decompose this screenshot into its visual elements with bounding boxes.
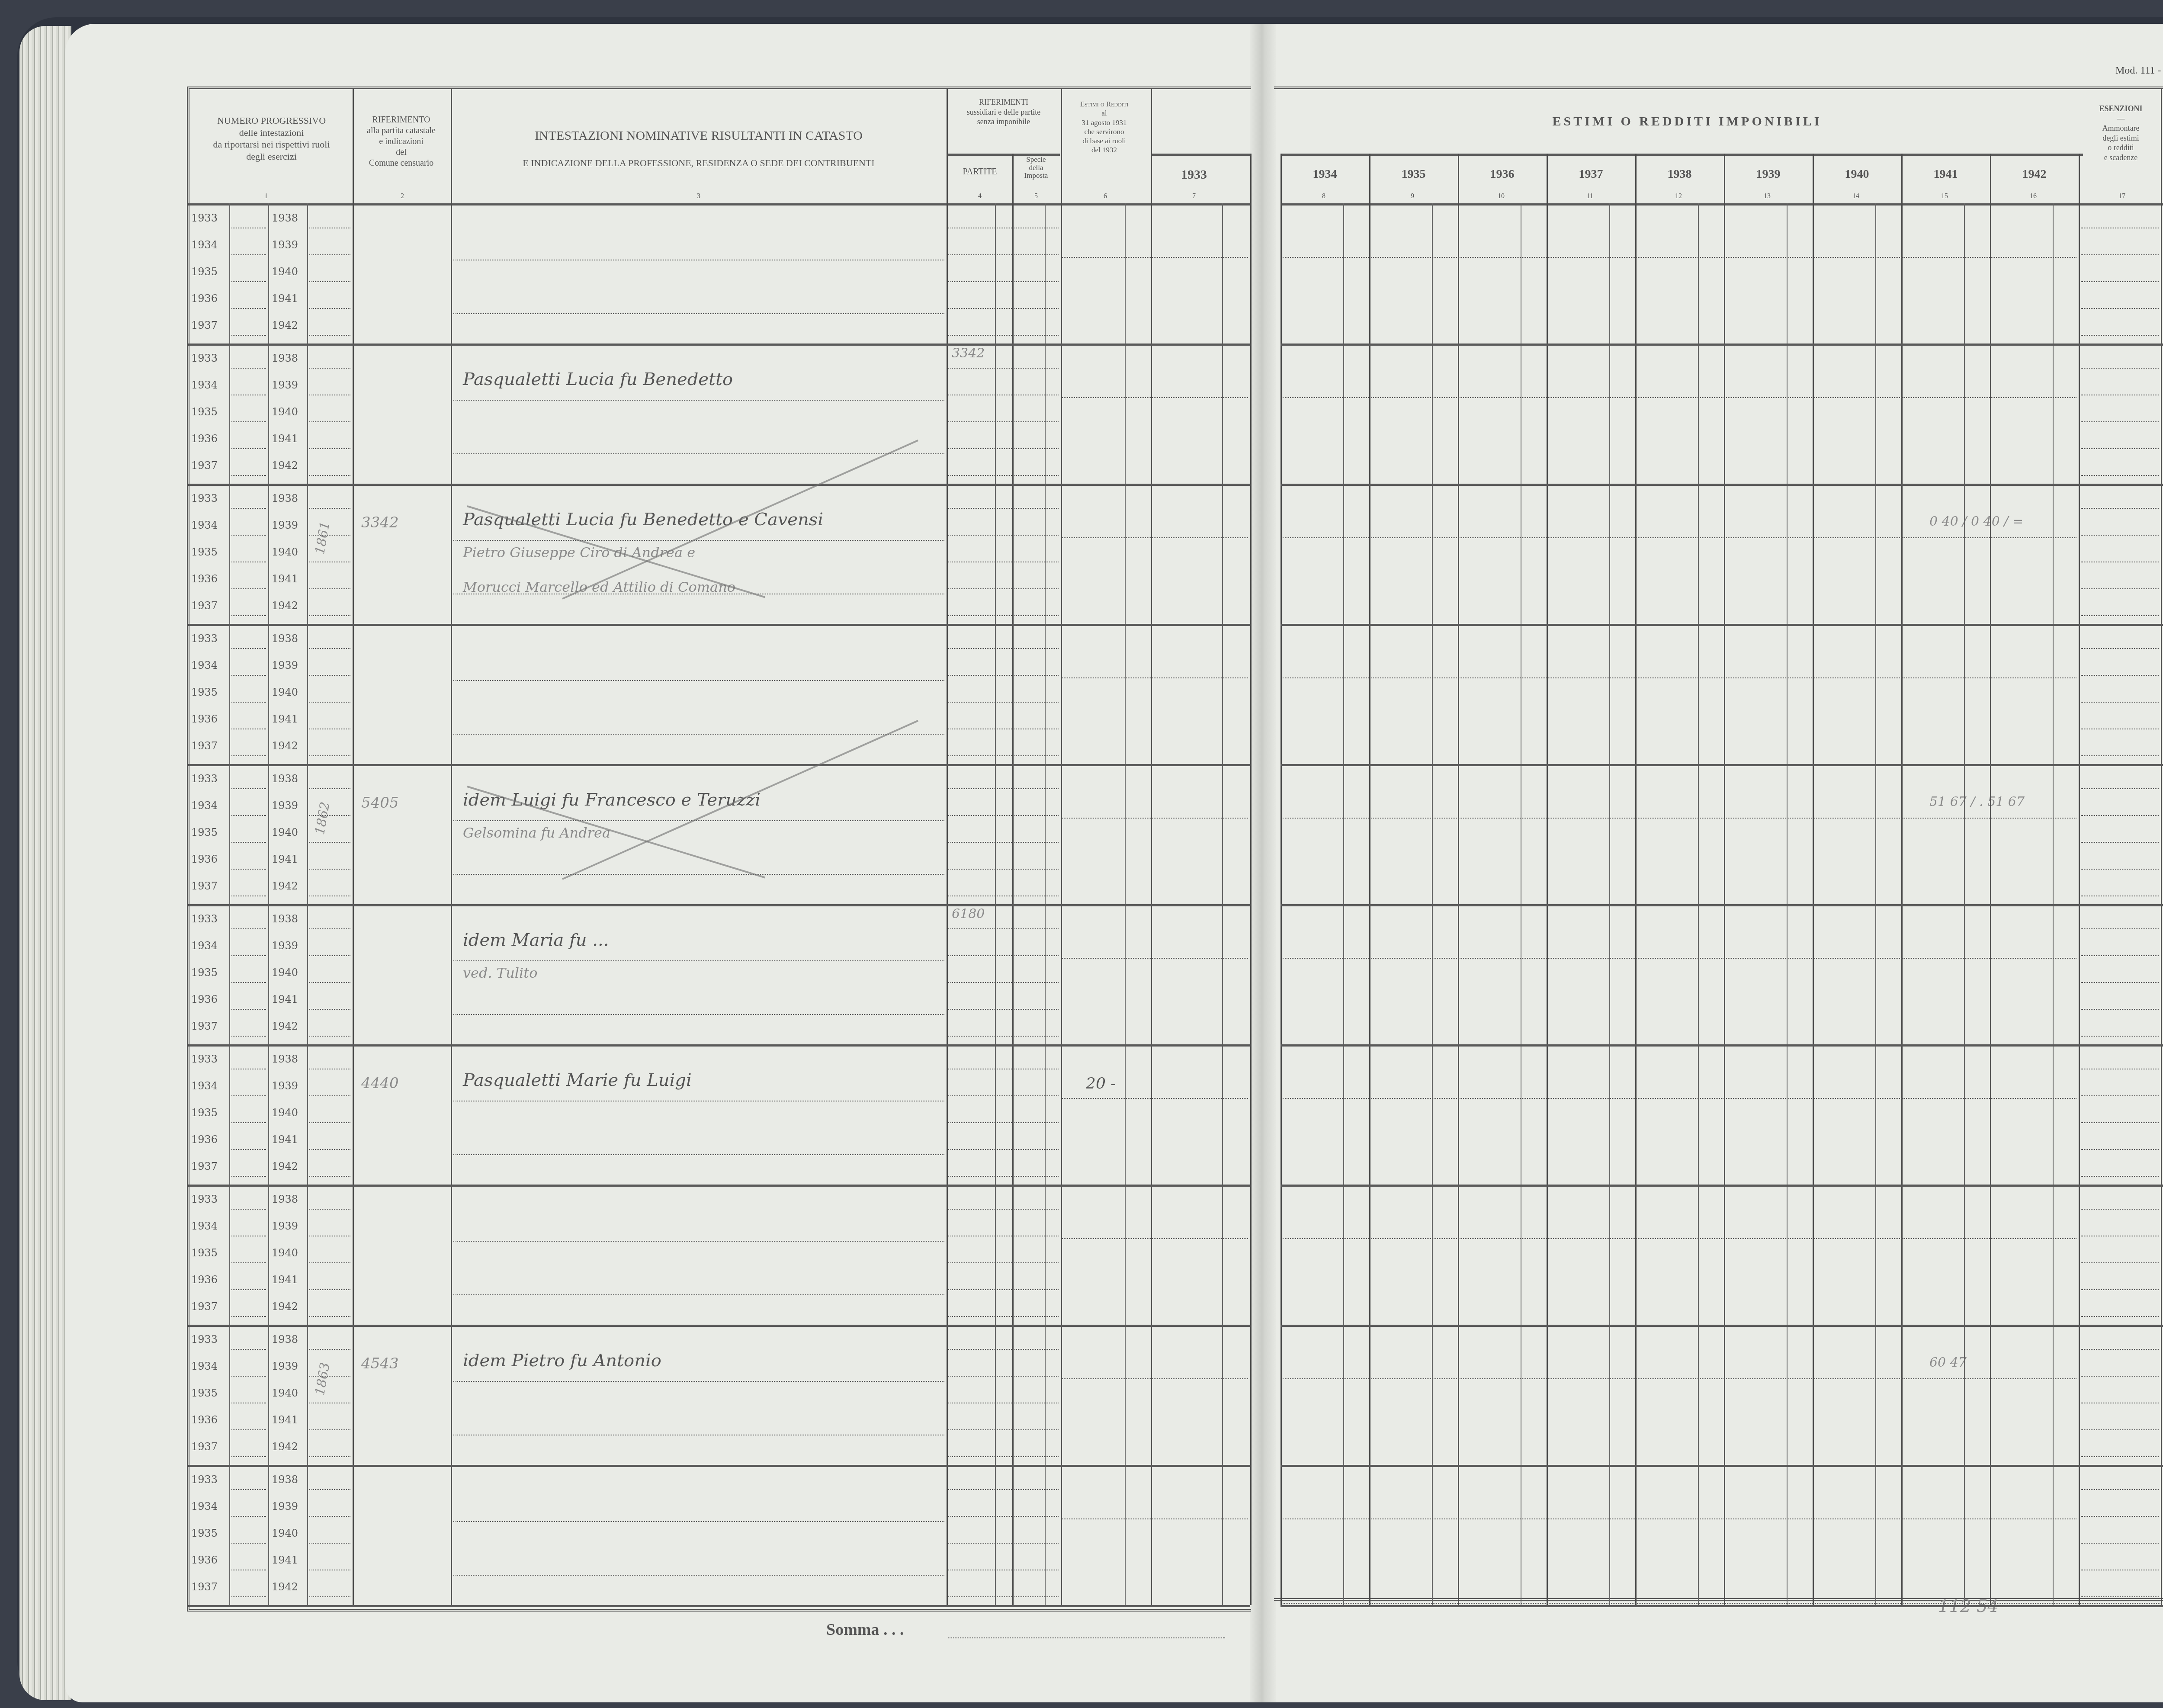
dotted-rule xyxy=(948,1316,1059,1317)
dotted-rule xyxy=(1062,1519,1248,1519)
col-num-14: 14 xyxy=(1849,193,1862,200)
dotted-rule xyxy=(948,1489,1059,1490)
record-divider xyxy=(1280,624,2163,626)
header-year-1941: 1941 xyxy=(1901,167,1990,182)
year-label: 1935 xyxy=(191,546,218,558)
dotted-rule xyxy=(1062,677,1248,678)
dotted-rule xyxy=(948,1429,1059,1430)
record-divider xyxy=(188,1465,1250,1467)
year-label: 1934 xyxy=(191,940,218,952)
dotted-rule xyxy=(231,1596,266,1597)
dotted-rule xyxy=(309,1009,350,1010)
column-rule xyxy=(1061,89,1062,1605)
dotted-rule xyxy=(231,869,266,870)
year-label: 1939 xyxy=(272,1080,298,1092)
dotted-rule xyxy=(453,1154,944,1155)
dotted-rule xyxy=(1062,1378,1248,1379)
dotted-rule xyxy=(948,1095,1059,1096)
year-label: 1942 xyxy=(272,1160,298,1172)
record-divider xyxy=(188,484,1250,486)
dotted-rule xyxy=(231,1349,266,1350)
dotted-rule xyxy=(948,335,1059,336)
dotted-rule xyxy=(309,842,350,843)
dotted-rule xyxy=(948,675,1059,676)
dotted-rule xyxy=(948,755,1059,756)
dotted-rule xyxy=(453,874,944,875)
dotted-rule xyxy=(453,594,944,594)
dotted-rule xyxy=(948,475,1059,476)
dotted-rule xyxy=(309,869,350,870)
dotted-rule xyxy=(1283,537,2076,538)
column-rule xyxy=(353,89,354,1605)
col-num-17: 17 xyxy=(2115,193,2128,200)
dotted-rule xyxy=(309,1149,350,1150)
column-rule xyxy=(1151,89,1152,1605)
year-label: 1934 xyxy=(191,519,218,531)
estimo-1941-value: 0 40 / 0 40 / = xyxy=(1929,514,2023,529)
dotted-rule xyxy=(231,1489,266,1490)
header-col1: NUMERO PROGRESSIVO delle intestazioni da… xyxy=(190,115,353,162)
year-label: 1941 xyxy=(272,1414,298,1426)
dotted-rule xyxy=(309,1376,350,1377)
dotted-rule xyxy=(2081,562,2159,562)
year-label: 1940 xyxy=(272,826,298,838)
dotted-rule xyxy=(948,448,1059,449)
dotted-rule xyxy=(2081,1376,2159,1377)
record-divider xyxy=(1280,1325,2163,1327)
dotted-rule xyxy=(309,648,350,649)
dotted-rule xyxy=(948,228,1059,228)
dotted-rule xyxy=(2081,1596,2159,1597)
year-label: 1935 xyxy=(191,1107,218,1119)
dotted-rule xyxy=(1283,397,2076,398)
dotted-rule xyxy=(309,475,350,476)
intestazione-line: idem Luigi fu Francesco e Teruzzi xyxy=(463,790,761,810)
year-label: 1939 xyxy=(272,379,298,391)
estimi-years-divider xyxy=(1280,154,2083,156)
dotted-rule xyxy=(2081,335,2159,336)
header-year-1942: 1942 xyxy=(1990,167,2079,182)
year-label: 1941 xyxy=(272,1133,298,1146)
dotted-rule xyxy=(309,1543,350,1544)
column-rule xyxy=(2161,89,2162,1605)
header-year-1940: 1940 xyxy=(1813,167,1901,182)
col-num-1: 1 xyxy=(260,193,273,200)
dotted-rule xyxy=(309,615,350,616)
dotted-rule xyxy=(231,648,266,649)
year-label: 1935 xyxy=(191,686,218,698)
dotted-rule xyxy=(231,1316,266,1317)
partite-number: 6180 xyxy=(952,906,985,921)
year-label: 1933 xyxy=(191,1474,218,1486)
year-label: 1934 xyxy=(191,799,218,812)
dotted-rule xyxy=(2081,648,2159,649)
dotted-rule xyxy=(2081,535,2159,536)
year-label: 1934 xyxy=(191,1500,218,1512)
dotted-rule xyxy=(2081,788,2159,789)
year-label: 1938 xyxy=(272,632,298,645)
dotted-rule xyxy=(2081,955,2159,956)
dotted-rule xyxy=(948,1570,1059,1570)
dotted-rule xyxy=(2081,1316,2159,1317)
dotted-rule xyxy=(2081,1209,2159,1210)
year-label: 1937 xyxy=(191,1020,218,1032)
dotted-rule xyxy=(948,535,1059,536)
record-divider xyxy=(188,764,1250,766)
dotted-rule xyxy=(2081,815,2159,816)
year-label: 1937 xyxy=(191,600,218,612)
dotted-rule xyxy=(309,1176,350,1177)
dotted-rule xyxy=(231,1570,266,1570)
dotted-rule xyxy=(2081,675,2159,676)
riferimento-partita: 5405 xyxy=(361,794,399,812)
dotted-rule xyxy=(309,308,350,309)
year-label: 1933 xyxy=(191,913,218,925)
dotted-rule xyxy=(1283,1378,2076,1379)
intestazione-line: idem Pietro fu Antonio xyxy=(463,1351,661,1371)
dotted-rule xyxy=(948,1036,1059,1037)
dotted-rule xyxy=(948,615,1059,616)
header-year-1939: 1939 xyxy=(1724,167,1813,182)
year-label: 1937 xyxy=(191,1160,218,1172)
dotted-rule xyxy=(948,1516,1059,1517)
header-col4: PARTITE xyxy=(947,167,1012,177)
dotted-rule xyxy=(2081,842,2159,843)
dotted-rule xyxy=(231,1403,266,1403)
column-rule xyxy=(1250,154,1252,1605)
header-col3: INTESTAZIONI NOMINATIVE RISULTANTI IN CA… xyxy=(452,128,945,169)
header-esenzioni: ESENZIONI — Ammontare degli estimi o red… xyxy=(2081,104,2161,162)
dotted-rule xyxy=(453,260,944,260)
year-label: 1938 xyxy=(272,1474,298,1486)
dotted-rule xyxy=(231,281,266,282)
dotted-rule xyxy=(309,1095,350,1096)
year-label: 1939 xyxy=(272,1220,298,1232)
year-label: 1941 xyxy=(272,993,298,1005)
dotted-rule xyxy=(1062,397,1248,398)
dotted-rule xyxy=(948,815,1059,816)
dotted-rule xyxy=(309,368,350,369)
dotted-rule xyxy=(309,1236,350,1236)
dotted-rule xyxy=(2081,281,2159,282)
dotted-rule xyxy=(1062,958,1248,959)
left-register-table xyxy=(187,87,1251,1612)
year-label: 1936 xyxy=(191,292,218,305)
column-rule xyxy=(947,89,948,1605)
dotted-rule xyxy=(231,1009,266,1010)
dotted-rule xyxy=(231,1262,266,1263)
estimi-1931-value: 20 - xyxy=(1086,1075,1116,1092)
year-label: 1933 xyxy=(191,1193,218,1205)
year-label: 1939 xyxy=(272,659,298,671)
dotted-rule xyxy=(309,1289,350,1290)
year-label: 1939 xyxy=(272,940,298,952)
dotted-rule xyxy=(2081,395,2159,395)
dotted-rule xyxy=(1062,537,1248,538)
year-label: 1938 xyxy=(272,1053,298,1065)
year-label: 1936 xyxy=(191,1274,218,1286)
col-num-2: 2 xyxy=(396,193,409,200)
record-divider xyxy=(188,904,1250,906)
dotted-rule xyxy=(231,1516,266,1517)
col-num-5: 5 xyxy=(1030,193,1043,200)
year-label: 1941 xyxy=(272,713,298,725)
dotted-rule xyxy=(948,1596,1059,1597)
year-label: 1939 xyxy=(272,239,298,251)
dotted-rule xyxy=(1283,818,2076,819)
year-label: 1942 xyxy=(272,600,298,612)
dotted-rule xyxy=(948,1456,1059,1457)
year-label: 1940 xyxy=(272,1527,298,1539)
dotted-rule xyxy=(948,702,1059,703)
year-label: 1933 xyxy=(191,492,218,504)
year-label: 1936 xyxy=(191,433,218,445)
dotted-rule xyxy=(231,368,266,369)
col-num-16: 16 xyxy=(2027,193,2040,200)
dotted-rule xyxy=(231,788,266,789)
column-rule xyxy=(1369,154,1370,1605)
record-divider xyxy=(188,344,1250,346)
dotted-rule xyxy=(309,1570,350,1570)
dotted-rule xyxy=(2081,1009,2159,1010)
dotted-rule xyxy=(231,421,266,422)
year-label: 1941 xyxy=(272,573,298,585)
estimo-1941-value: 60 47 xyxy=(1929,1355,1967,1370)
record-divider xyxy=(1280,1465,2163,1467)
dotted-rule xyxy=(2081,1176,2159,1177)
dotted-rule xyxy=(2081,1289,2159,1290)
record-divider xyxy=(1280,904,2163,906)
year-label: 1939 xyxy=(272,799,298,812)
dotted-rule xyxy=(1283,1238,2076,1239)
dotted-rule xyxy=(231,928,266,929)
record-divider xyxy=(188,1325,1250,1327)
dotted-rule xyxy=(231,982,266,983)
dotted-rule xyxy=(948,508,1059,509)
dotted-rule xyxy=(948,1289,1059,1290)
year-label: 1941 xyxy=(272,853,298,865)
year-label: 1940 xyxy=(272,1107,298,1119)
dotted-rule xyxy=(231,588,266,589)
year-label: 1933 xyxy=(191,1333,218,1345)
intestazione-line: Pietro Giuseppe Ciro di Andrea e xyxy=(463,544,695,561)
dotted-rule xyxy=(2081,982,2159,983)
record-divider xyxy=(188,1605,1250,1607)
dotted-rule xyxy=(231,448,266,449)
dotted-rule xyxy=(453,400,944,401)
dotted-rule xyxy=(2081,1036,2159,1037)
dotted-rule xyxy=(2081,1570,2159,1570)
year-label: 1942 xyxy=(272,459,298,472)
header-divider-right xyxy=(1280,203,2163,205)
column-rule xyxy=(1547,154,1548,1605)
year-label: 1935 xyxy=(191,266,218,278)
dotted-rule xyxy=(948,896,1059,896)
year-label: 1938 xyxy=(272,913,298,925)
dotted-rule xyxy=(2081,1262,2159,1263)
dotted-rule xyxy=(309,1516,350,1517)
header-year-1933: 1933 xyxy=(1151,167,1237,183)
dotted-rule xyxy=(231,308,266,309)
dotted-rule xyxy=(2081,1122,2159,1123)
dotted-rule xyxy=(948,1122,1059,1123)
year-label: 1938 xyxy=(272,1333,298,1345)
column-rule xyxy=(1012,154,1014,1605)
dotted-rule xyxy=(948,562,1059,562)
dotted-rule xyxy=(2081,1403,2159,1403)
col-num-10: 10 xyxy=(1495,193,1508,200)
dotted-rule xyxy=(1062,1238,1248,1239)
dotted-rule xyxy=(2081,928,2159,929)
dotted-rule xyxy=(2081,448,2159,449)
form-model-label: Mod. 111 - Imposte Dirette (Intercalare)… xyxy=(2115,65,2163,77)
dotted-rule xyxy=(453,1521,944,1522)
col-num-3: 3 xyxy=(692,193,705,200)
dotted-rule xyxy=(948,1262,1059,1263)
dotted-rule xyxy=(948,648,1059,649)
dotted-rule xyxy=(231,1036,266,1037)
dotted-rule xyxy=(948,588,1059,589)
dotted-rule xyxy=(1283,1519,2076,1519)
column-rule xyxy=(1635,154,1637,1605)
dotted-rule xyxy=(309,562,350,562)
year-label: 1935 xyxy=(191,406,218,418)
dotted-rule xyxy=(453,1294,944,1295)
dotted-rule xyxy=(453,453,944,454)
dotted-rule xyxy=(231,1289,266,1290)
header-year-1937: 1937 xyxy=(1547,167,1635,182)
year-label: 1938 xyxy=(272,773,298,785)
dotted-rule xyxy=(2081,615,2159,616)
riferimento-partita: 4543 xyxy=(361,1355,399,1372)
dotted-rule xyxy=(309,448,350,449)
dotted-rule xyxy=(231,815,266,816)
dotted-rule xyxy=(309,1403,350,1403)
header-year-1936: 1936 xyxy=(1458,167,1547,182)
column-rule xyxy=(1990,154,1991,1605)
dotted-rule xyxy=(2081,896,2159,896)
dotted-rule xyxy=(2081,421,2159,422)
year-label: 1933 xyxy=(191,773,218,785)
header-col6: Estimi o Redditi al 31 agosto 1931 che s… xyxy=(1060,100,1149,155)
riferimento-partita: 3342 xyxy=(361,514,399,531)
dotted-rule xyxy=(453,820,944,821)
col-num-4: 4 xyxy=(973,193,986,200)
intestazione-line: Pasqualetti Lucia fu Benedetto xyxy=(463,369,733,389)
year-label: 1937 xyxy=(191,1441,218,1453)
dotted-rule xyxy=(948,788,1059,789)
year-label: 1937 xyxy=(191,459,218,472)
header-year-1938: 1938 xyxy=(1635,167,1724,182)
dotted-rule xyxy=(309,1489,350,1490)
intestazione-line: Pasqualetti Lucia fu Benedetto e Cavensi xyxy=(463,510,823,530)
dotted-rule xyxy=(948,1069,1059,1069)
year-1933-divider xyxy=(1151,154,1250,156)
dotted-rule xyxy=(948,1543,1059,1544)
dotted-rule xyxy=(309,815,350,816)
dotted-rule xyxy=(2081,368,2159,369)
dotted-rule xyxy=(2081,1429,2159,1430)
somma-label: Somma . . . xyxy=(826,1620,904,1639)
dotted-rule xyxy=(231,228,266,228)
dotted-rule xyxy=(231,1456,266,1457)
dotted-rule xyxy=(231,1149,266,1150)
dotted-rule xyxy=(231,535,266,536)
header-year-1935: 1935 xyxy=(1369,167,1458,182)
dotted-rule xyxy=(309,254,350,255)
dotted-rule xyxy=(948,928,1059,929)
year-label: 1934 xyxy=(191,1220,218,1232)
year-label: 1941 xyxy=(272,292,298,305)
dotted-rule xyxy=(2081,702,2159,703)
year-label: 1935 xyxy=(191,966,218,979)
dotted-rule xyxy=(948,869,1059,870)
dotted-rule xyxy=(948,729,1059,729)
dotted-rule xyxy=(2081,1456,2159,1457)
dotted-rule xyxy=(1062,257,1248,258)
year-label: 1937 xyxy=(191,1300,218,1313)
dotted-rule xyxy=(309,228,350,228)
year-label: 1942 xyxy=(272,1441,298,1453)
dotted-rule xyxy=(948,1176,1059,1177)
year-label: 1935 xyxy=(191,1247,218,1259)
dotted-rule xyxy=(231,475,266,476)
year-label: 1937 xyxy=(191,319,218,331)
dotted-rule xyxy=(309,1209,350,1210)
col-num-15: 15 xyxy=(1938,193,1951,200)
riferimenti-divider xyxy=(947,154,1060,156)
dotted-rule xyxy=(453,680,944,681)
dotted-rule xyxy=(309,955,350,956)
dotted-rule xyxy=(948,842,1059,843)
dotted-rule xyxy=(231,675,266,676)
year-label: 1942 xyxy=(272,1020,298,1032)
dotted-rule xyxy=(231,755,266,756)
riferimento-partita: 4440 xyxy=(361,1075,399,1092)
dotted-rule xyxy=(231,1176,266,1177)
dotted-rule xyxy=(231,508,266,509)
dotted-rule xyxy=(309,729,350,729)
col-num-9: 9 xyxy=(1406,193,1419,200)
dotted-rule xyxy=(1062,1098,1248,1099)
dotted-rule xyxy=(948,308,1059,309)
column-rule xyxy=(2079,154,2080,1605)
dotted-rule xyxy=(309,1316,350,1317)
dotted-rule xyxy=(2081,1543,2159,1544)
year-label: 1941 xyxy=(272,1274,298,1286)
dotted-rule xyxy=(948,1009,1059,1010)
dotted-rule xyxy=(453,313,944,314)
dotted-rule xyxy=(453,734,944,735)
column-rule xyxy=(1280,154,1282,1605)
dotted-rule xyxy=(948,421,1059,422)
dotted-rule xyxy=(453,960,944,961)
year-label: 1942 xyxy=(272,1300,298,1313)
year-label: 1935 xyxy=(191,1527,218,1539)
dotted-rule xyxy=(309,928,350,929)
column-rule xyxy=(1724,154,1725,1605)
year-label: 1936 xyxy=(191,1414,218,1426)
dotted-rule xyxy=(309,395,350,395)
dotted-rule xyxy=(309,421,350,422)
dotted-rule xyxy=(2081,729,2159,729)
column-rule xyxy=(1458,154,1459,1605)
dotted-rule xyxy=(453,1014,944,1015)
dotted-rule xyxy=(309,535,350,536)
record-divider xyxy=(188,1185,1250,1187)
year-label: 1942 xyxy=(272,880,298,892)
dotted-rule xyxy=(309,1349,350,1350)
